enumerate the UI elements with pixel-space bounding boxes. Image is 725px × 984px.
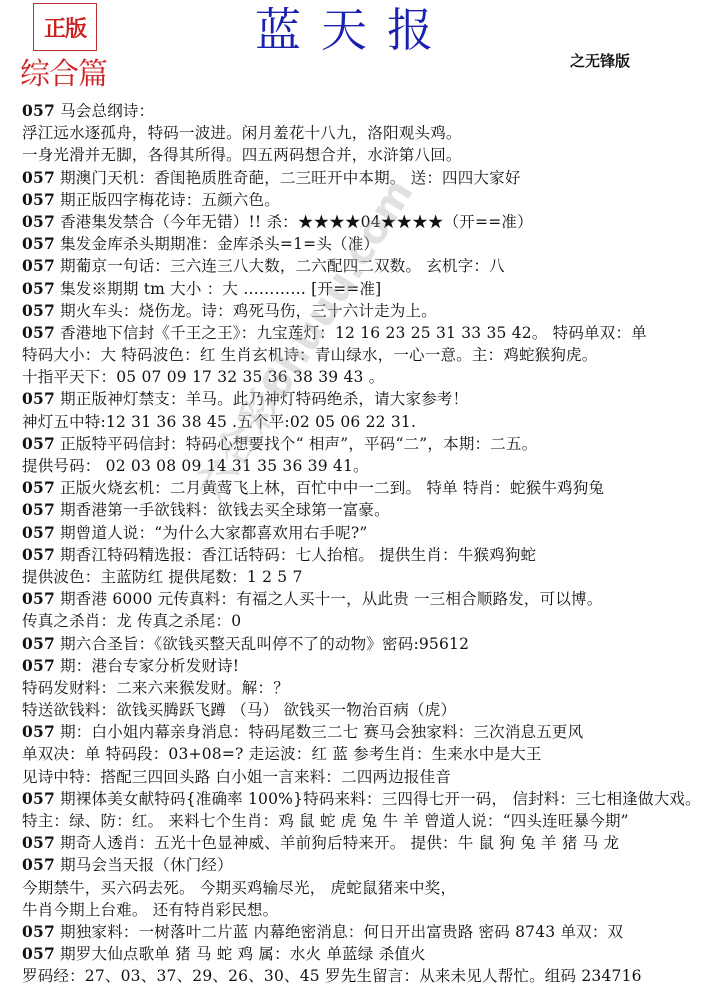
text-line: 特主：绿、防：红。 来料七个生肖：鸡 鼠 蛇 虎 兔 牛 羊 曾道人说：“四头连… [22, 810, 722, 832]
issue-number: 057 [22, 168, 55, 187]
text-line: 十指平天下：05 07 09 17 32 35 36 38 39 43 。 [22, 366, 722, 388]
line-text: 期正版神灯禁支：羊马。此乃神灯特码绝杀，请大家参考！ [55, 390, 468, 408]
issue-number: 057 [22, 789, 55, 808]
line-text: 期葡京一句话：三六连三八大数，二六配四二双数。 玄机字：八 [55, 257, 505, 275]
issue-number: 057 [22, 190, 55, 209]
line-text: 期马会当天报（休门经） [55, 856, 233, 874]
text-line: 057 期澳门天机：香闺艳质胜奇葩，二三旺开中本期。 送：四四大家好 [22, 167, 722, 189]
article-body: 057 马会总纲诗： 浮江远水逐孤舟，特码一波进。闲月羞花十八九，洛阳观头鸡。 … [22, 100, 722, 984]
issue-number: 057 [22, 944, 55, 963]
text-line: 057 香港集发禁合（今年无错）!! 杀：★★★★04★★★★（开==准） [22, 211, 722, 233]
text-line: 一身光滑并无脚，各得其所得。四五两码想合并，水浒第八回。 [22, 144, 722, 166]
line-text: 期火车头：烧伤龙。诗：鸡死马伤，三十六计走为上。 [55, 302, 437, 320]
text-line: 特送欲钱料：欲钱买腾跃飞蹲 （马） 欲钱买一物治百病（虎） [22, 699, 722, 721]
line-text: 期独家料：一树落叶二片蓝 内幕绝密消息：何日开出富贵路 密码 8743 单双：双 [55, 923, 623, 941]
line-text: 特码发财料：二来六来猴发财。解：？ [22, 679, 289, 697]
stamp-label: 正版 [44, 12, 86, 43]
text-line: 057 期独家料：一树落叶二片蓝 内幕绝密消息：何日开出富贵路 密码 8743 … [22, 921, 722, 943]
text-line: 提供号码： 02 03 08 09 14 31 35 36 39 41。 [22, 455, 722, 477]
text-line: 传真之杀肖：龙 传真之杀尾：0 [22, 610, 722, 632]
issue-number: 057 [22, 389, 55, 408]
line-text: 期奇人透肖：五光十色显神威、羊前狗后特来开。 提供：牛 鼠 狗 兔 羊 猪 马 … [55, 834, 619, 852]
line-text: 罗码经：27、03、37、29、26、30、45 罗先生留言：从来未见人帮忙。组… [22, 967, 642, 984]
line-text: 期正版四字梅花诗：五颜六色。 [55, 191, 280, 209]
authentic-edition-stamp: 正版 [33, 3, 97, 51]
text-line: 057 期六合圣旨：《欲钱买整天乱叫停不了的动物》密码:95612 [22, 633, 722, 655]
line-text: 期澳门天机：香闺艳质胜奇葩，二三旺开中本期。 送：四四大家好 [55, 169, 521, 187]
text-line: 057 期香江特码精选报：香江话特码：七人抬棺。 提供生肖：牛猴鸡狗蛇 [22, 544, 722, 566]
edition-label: 之无锋版 [570, 50, 630, 71]
text-line: 057 马会总纲诗： [22, 100, 722, 122]
line-text: 集发※期期 tm 大小 ：大 ………… [开==准] [55, 280, 381, 298]
issue-number: 057 [22, 323, 55, 342]
text-line: 罗码经：27、03、37、29、26、30、45 罗先生留言：从来未见人帮忙。组… [22, 965, 722, 984]
line-text: 单双决：单 特码段：03+08=? 走运波：红 蓝 参考生肖：生来水中是大王 [22, 745, 542, 763]
text-line: 057 期火车头：烧伤龙。诗：鸡死马伤，三十六计走为上。 [22, 300, 722, 322]
issue-number: 057 [22, 101, 55, 120]
line-text: 期六合圣旨：《欲钱买整天乱叫停不了的动物》密码:95612 [55, 635, 469, 653]
line-text: 期罗大仙点歌单 猪 马 蛇 鸡 属：水火 单蓝绿 杀值火 [55, 945, 426, 963]
text-line: 今期禁牛，买六码去死。 今期买鸡输尽光， 虎蛇鼠猪来中奖， [22, 877, 722, 899]
line-text: 期香江特码精选报：香江话特码：七人抬棺。 提供生肖：牛猴鸡狗蛇 [55, 546, 536, 564]
text-line: 057 正版特平码信封：特码心想要找个“ 相声”，平码“二”，本期：二五。 [22, 433, 722, 455]
line-text: 期曾道人说：“为什么大家都喜欢用右手呢?” [55, 524, 368, 542]
line-text: 正版特平码信封：特码心想要找个“ 相声”，平码“二”，本期：二五。 [55, 435, 537, 453]
issue-number: 057 [22, 212, 55, 231]
issue-number: 057 [22, 922, 55, 941]
line-text: 提供波色：主蓝防红 提供尾数：1 2 5 7 [22, 568, 303, 586]
text-line: 牛肖今期上台难。 还有特肖彩民想。 [22, 899, 722, 921]
line-text: 今期禁牛，买六码去死。 今期买鸡输尽光， 虎蛇鼠猪来中奖， [22, 879, 456, 897]
line-text: 集发金库杀头期期准：金库杀头=1=头（准） [55, 235, 379, 253]
issue-number: 057 [22, 500, 55, 519]
text-line: 057 期曾道人说：“为什么大家都喜欢用右手呢?” [22, 522, 722, 544]
text-line: 057 集发※期期 tm 大小 ：大 ………… [开==准] [22, 278, 722, 300]
issue-number: 057 [22, 656, 55, 675]
line-text: 正版火烧玄机：二月黄莺飞上林，百忙中中一二到。 特单 特肖：蛇猴牛鸡狗兔 [55, 479, 604, 497]
text-line: 特码发财料：二来六来猴发财。解：？ [22, 677, 722, 699]
line-text: 一身光滑并无脚，各得其所得。四五两码想合并，水浒第八回。 [22, 146, 462, 164]
line-text: 期：白小姐内幕亲身消息：特码尾数三二七 赛马会独家料：三次消息五更风 [55, 723, 583, 741]
line-text: 期裸体美女献特码{准确率 100%}特码来料：三四得七开一码， 信封料：三七相逢… [55, 790, 701, 808]
issue-number: 057 [22, 722, 55, 741]
text-line: 单双决：单 特码段：03+08=? 走运波：红 蓝 参考生肖：生来水中是大王 [22, 743, 722, 765]
line-text: 期：港台专家分析发财诗! [55, 657, 239, 675]
line-text: 见诗中特：搭配三四回头路 白小姐一言来料：二四两边报佳音 [22, 768, 451, 786]
line-text: 香港地下信封《千王之王》：九宝莲灯：12 16 23 25 31 33 35 4… [55, 324, 647, 342]
issue-number: 057 [22, 855, 55, 874]
line-text: 特送欲钱料：欲钱买腾跃飞蹲 （马） 欲钱买一物治百病（虎） [22, 701, 456, 719]
issue-number: 057 [22, 256, 55, 275]
issue-number: 057 [22, 634, 55, 653]
issue-number: 057 [22, 545, 55, 564]
text-line: 057 期正版四字梅花诗：五颜六色。 [22, 189, 722, 211]
issue-number: 057 [22, 279, 55, 298]
line-text: 期香港 6000 元传真料：有福之人买十一，从此贵 一三相合顺路发，可以博。 [55, 590, 602, 608]
text-line: 057 期香港第一手欲钱料：欲钱去买全球第一富豪。 [22, 499, 722, 521]
text-line: 057 期裸体美女献特码{准确率 100%}特码来料：三四得七开一码， 信封料：… [22, 788, 722, 810]
text-line: 提供波色：主蓝防红 提供尾数：1 2 5 7 [22, 566, 722, 588]
text-line: 057 期奇人透肖：五光十色显神威、羊前狗后特来开。 提供：牛 鼠 狗 兔 羊 … [22, 832, 722, 854]
text-line: 浮江远水逐孤舟，特码一波进。闲月羞花十八九，洛阳观头鸡。 [22, 122, 722, 144]
line-text: 浮江远水逐孤舟，特码一波进。闲月羞花十八九，洛阳观头鸡。 [22, 124, 462, 142]
issue-number: 057 [22, 434, 55, 453]
text-line: 057 期正版神灯禁支：羊马。此乃神灯特码绝杀，请大家参考！ [22, 388, 722, 410]
issue-number: 057 [22, 234, 55, 253]
line-text: 期香港第一手欲钱料：欲钱去买全球第一富豪。 [55, 501, 390, 519]
issue-number: 057 [22, 301, 55, 320]
line-text: 传真之杀肖：龙 传真之杀尾：0 [22, 612, 241, 630]
issue-number: 057 [22, 523, 55, 542]
newspaper-title: 蓝天报 [255, 0, 453, 60]
section-heading: 综合篇 [20, 57, 107, 93]
text-line: 特码大小：大 特码波色：红 生肖玄机诗：青山绿水，一心一意。主：鸡蛇猴狗虎。 [22, 344, 722, 366]
issue-number: 057 [22, 478, 55, 497]
line-text: 特码大小：大 特码波色：红 生肖玄机诗：青山绿水，一心一意。主：鸡蛇猴狗虎。 [22, 346, 597, 364]
text-line: 057 正版火烧玄机：二月黄莺飞上林，百忙中中一二到。 特单 特肖：蛇猴牛鸡狗兔 [22, 477, 722, 499]
text-line: 057 期葡京一句话：三六连三八大数，二六配四二双数。 玄机字：八 [22, 255, 722, 277]
text-line: 057 期：港台专家分析发财诗! [22, 655, 722, 677]
line-text: 神灯五中特:12 31 36 38 45 .五个平:02 05 06 22 31… [22, 413, 416, 431]
line-text: 十指平天下：05 07 09 17 32 35 36 38 39 43 。 [22, 368, 384, 386]
line-text: 马会总纲诗： [55, 102, 154, 120]
line-text: 提供号码： 02 03 08 09 14 31 35 36 39 41。 [22, 457, 369, 475]
text-line: 057 期：白小姐内幕亲身消息：特码尾数三二七 赛马会独家料：三次消息五更风 [22, 721, 722, 743]
issue-number: 057 [22, 589, 55, 608]
issue-number: 057 [22, 833, 55, 852]
text-line: 057 香港地下信封《千王之王》：九宝莲灯：12 16 23 25 31 33 … [22, 322, 722, 344]
text-line: 057 期罗大仙点歌单 猪 马 蛇 鸡 属：水火 单蓝绿 杀值火 [22, 943, 722, 965]
line-text: 特主：绿、防：红。 来料七个生肖：鸡 鼠 蛇 虎 兔 牛 羊 曾道人说：“四头连… [22, 812, 629, 830]
text-line: 057 期马会当天报（休门经） [22, 854, 722, 876]
text-line: 见诗中特：搭配三四回头路 白小姐一言来料：二四两边报佳音 [22, 766, 722, 788]
line-text: 牛肖今期上台难。 还有特肖彩民想。 [22, 901, 278, 919]
line-text: 香港集发禁合（今年无错）!! 杀：★★★★04★★★★（开==准） [55, 213, 533, 231]
text-line: 神灯五中特:12 31 36 38 45 .五个平:02 05 06 22 31… [22, 411, 722, 433]
text-line: 057 集发金库杀头期期准：金库杀头=1=头（准） [22, 233, 722, 255]
text-line: 057 期香港 6000 元传真料：有福之人买十一，从此贵 一三相合顺路发，可以… [22, 588, 722, 610]
